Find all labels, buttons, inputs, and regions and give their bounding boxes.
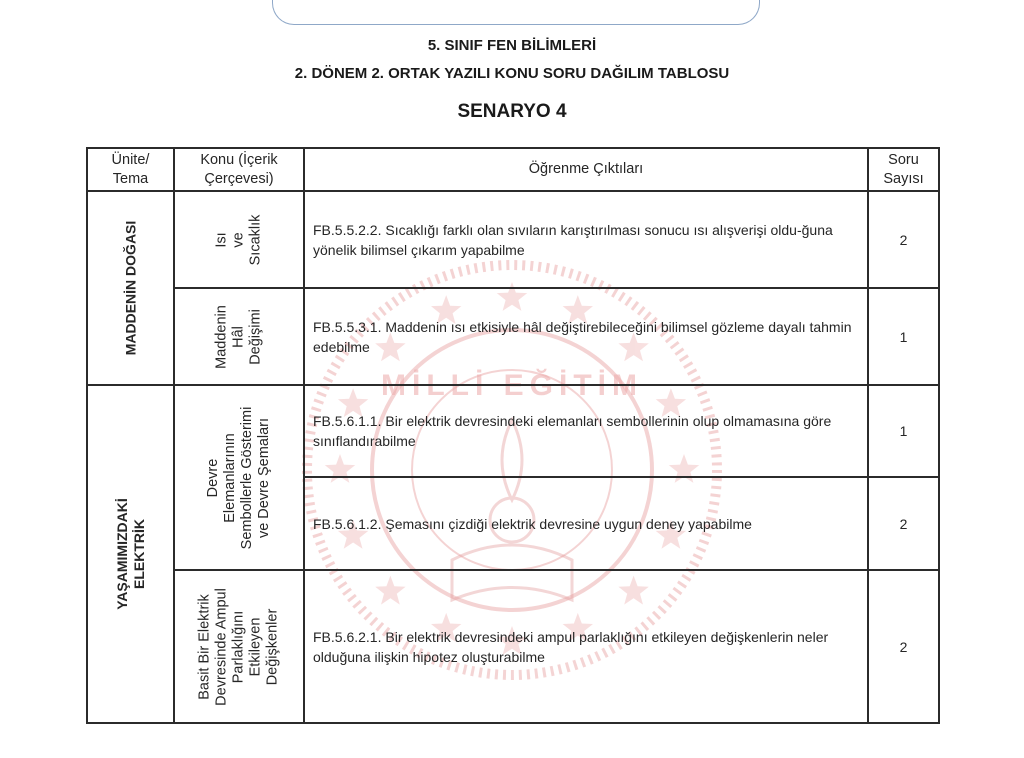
course-title: 5. SINIF FEN BİLİMLERİ: [0, 37, 1024, 54]
topic-distribution-table: Ünite/ Tema Konu (İçerik Çerçevesi) Öğre…: [86, 147, 940, 724]
outcome-cell: FB.5.6.2.1. Bir elektrik devresindeki am…: [304, 570, 868, 723]
question-count-cell: 1: [868, 385, 939, 477]
outcome-cell: FB.5.6.1.2. Şemasını çizdiği elektrik de…: [304, 477, 868, 570]
table-row: YAŞAMIMIZDAKİ ELEKTRİK Devre Elemanların…: [87, 385, 939, 477]
document-title: 2. DÖNEM 2. ORTAK YAZILI KONU SORU DAĞIL…: [0, 65, 1024, 82]
scenario-title: SENARYO 4: [0, 101, 1024, 123]
question-count-cell: 2: [868, 477, 939, 570]
outcome-cell: FB.5.5.2.2. Sıcaklığı farklı olan sıvıla…: [304, 191, 868, 288]
header-question-count: Soru Sayısı: [868, 148, 939, 191]
table-row: Maddenin Hâl Değişimi FB.5.5.3.1. Madden…: [87, 288, 939, 385]
topic-cell: Basit Bir Elektrik Devresinde Ampul Parl…: [174, 570, 304, 723]
question-count-cell: 1: [868, 288, 939, 385]
table-row: MADDENİN DOĞASI Isı ve Sıcaklık FB.5.5.2…: [87, 191, 939, 288]
topic-cell: Maddenin Hâl Değişimi: [174, 288, 304, 385]
outcome-cell: FB.5.6.1.1. Bir elektrik devresindeki el…: [304, 385, 868, 477]
outcome-cell: FB.5.5.3.1. Maddenin ısı etkisiyle hâl d…: [304, 288, 868, 385]
page-top-frame: [272, 0, 760, 25]
unit-cell: MADDENİN DOĞASI: [87, 191, 174, 385]
header-unit: Ünite/ Tema: [87, 148, 174, 191]
topic-cell: Isı ve Sıcaklık: [174, 191, 304, 288]
question-count-cell: 2: [868, 570, 939, 723]
topic-cell: Devre Elemanlarının Sembollerle Gösterim…: [174, 385, 304, 570]
table-header-row: Ünite/ Tema Konu (İçerik Çerçevesi) Öğre…: [87, 148, 939, 191]
question-count-cell: 2: [868, 191, 939, 288]
header-topic: Konu (İçerik Çerçevesi): [174, 148, 304, 191]
unit-cell: YAŞAMIMIZDAKİ ELEKTRİK: [87, 385, 174, 723]
table-row: Basit Bir Elektrik Devresinde Ampul Parl…: [87, 570, 939, 723]
header-outcomes: Öğrenme Çıktıları: [304, 148, 868, 191]
